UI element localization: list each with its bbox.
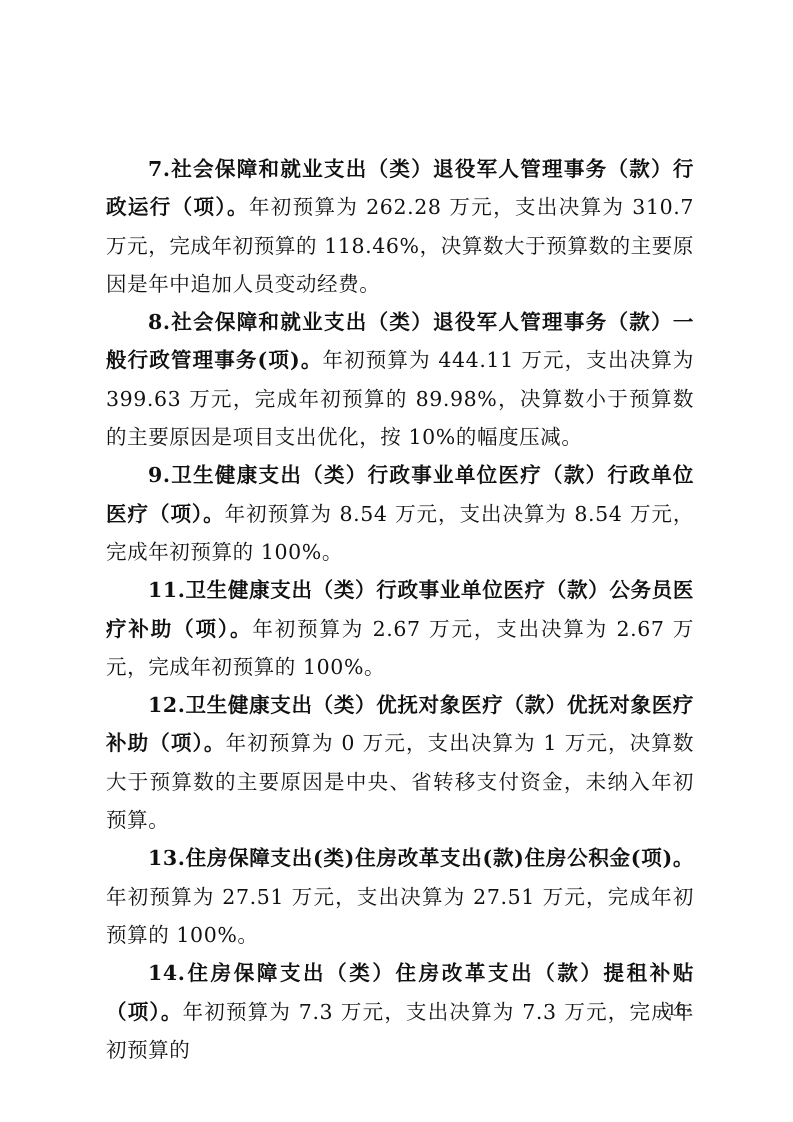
paragraph-item-14: 14.住房保障支出（类）住房改革支出（款）提租补贴（项）。年初预算为 7.3 万… (106, 954, 694, 1069)
paragraph-item-13: 13.住房保障支出(类)住房改革支出(款)住房公积金(项)。年初预算为 27.5… (106, 839, 694, 954)
document-body: 7.社会保障和就业支出（类）退役军人管理事务（款）行政运行（项）。年初预算为 2… (106, 150, 694, 1069)
paragraph-item-9: 9.卫生健康支出（类）行政事业单位医疗（款）行政单位医疗（项）。年初预算为 8.… (106, 456, 694, 571)
paragraph-text: 年初预算为 7.3 万元，支出决算为 7.3 万元，完成年初预算的 (106, 1000, 694, 1062)
paragraph-text: 年初预算为 27.51 万元，支出决算为 27.51 万元，完成年初预算的 10… (106, 885, 694, 947)
paragraph-item-11: 11.卫生健康支出（类）行政事业单位医疗（款）公务员医疗补助（项）。年初预算为 … (106, 571, 694, 686)
paragraph-heading: 13.住房保障支出(类)住房改革支出(款)住房公积金(项)。 (148, 846, 694, 870)
paragraph-item-7: 7.社会保障和就业支出（类）退役军人管理事务（款）行政运行（项）。年初预算为 2… (106, 150, 694, 303)
page-number: -16- (661, 1000, 693, 1020)
paragraph-item-12: 12.卫生健康支出（类）优抚对象医疗（款）优抚对象医疗补助（项）。年初预算为 0… (106, 686, 694, 839)
paragraph-item-8: 8.社会保障和就业支出（类）退役军人管理事务（款）一般行政管理事务(项)。年初预… (106, 303, 694, 456)
